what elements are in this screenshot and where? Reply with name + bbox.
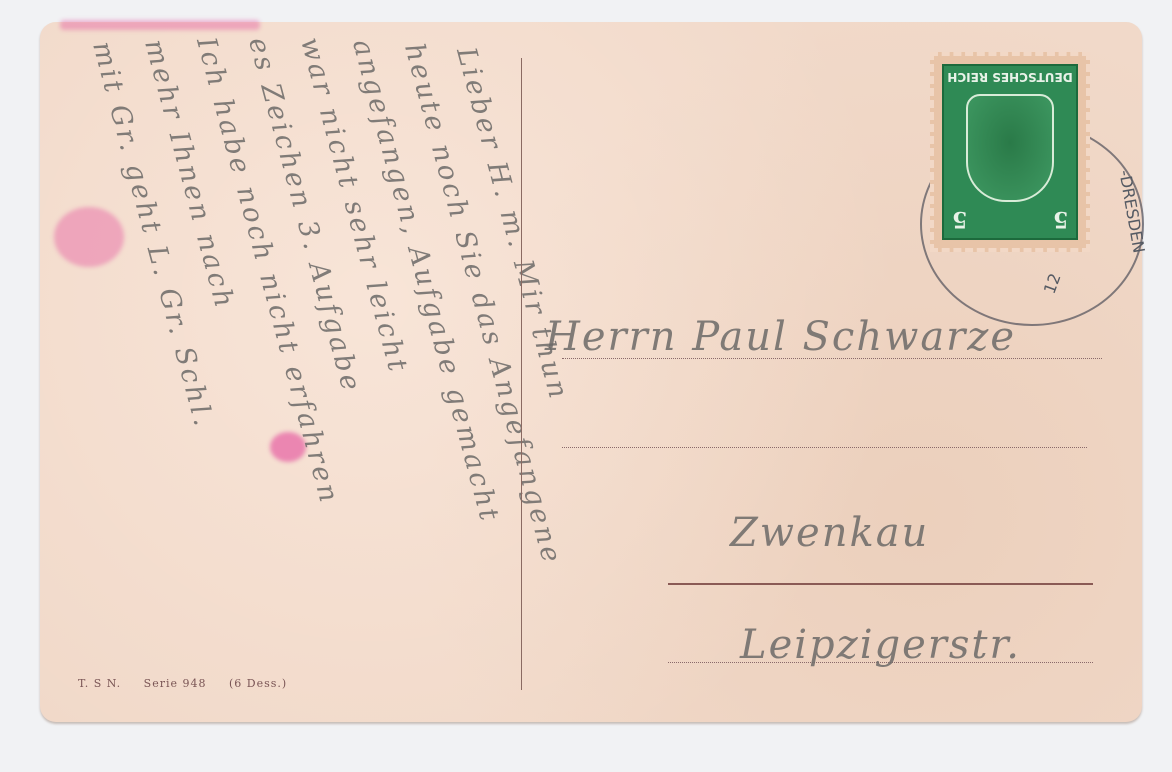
stamp-value-right: 5 [1053,206,1068,232]
pink-ink-stain [60,20,260,30]
address-recipient: Herrn Paul Schwarze [545,314,1016,360]
address-line-3 [668,583,1093,585]
address-town: Zwenkau [730,510,929,556]
postmark-city: -DRESDEN [1115,169,1148,255]
imprint-series: Serie 948 [144,677,207,690]
pink-ink-stain [54,207,124,267]
stamp-value-left: 5 [952,206,967,232]
address-line-2 [562,447,1087,448]
imprint-publisher: T. S N. [78,677,121,690]
postage-stamp: DEUTSCHES REICH 5 5 [930,52,1090,252]
postmark-date: 12 [1040,271,1065,297]
germania-portrait-icon [966,94,1054,202]
postcard: Lieber H. m. Mir thun heute noch Sie das… [40,22,1142,722]
address-street: Leipzigerstr. [740,622,1021,668]
divider-line [521,58,522,690]
imprint-designs: (6 Dess.) [229,677,287,690]
publisher-imprint: T. S N. Serie 948 (6 Dess.) [78,677,305,690]
stamp-country: DEUTSCHES REICH [944,70,1076,84]
